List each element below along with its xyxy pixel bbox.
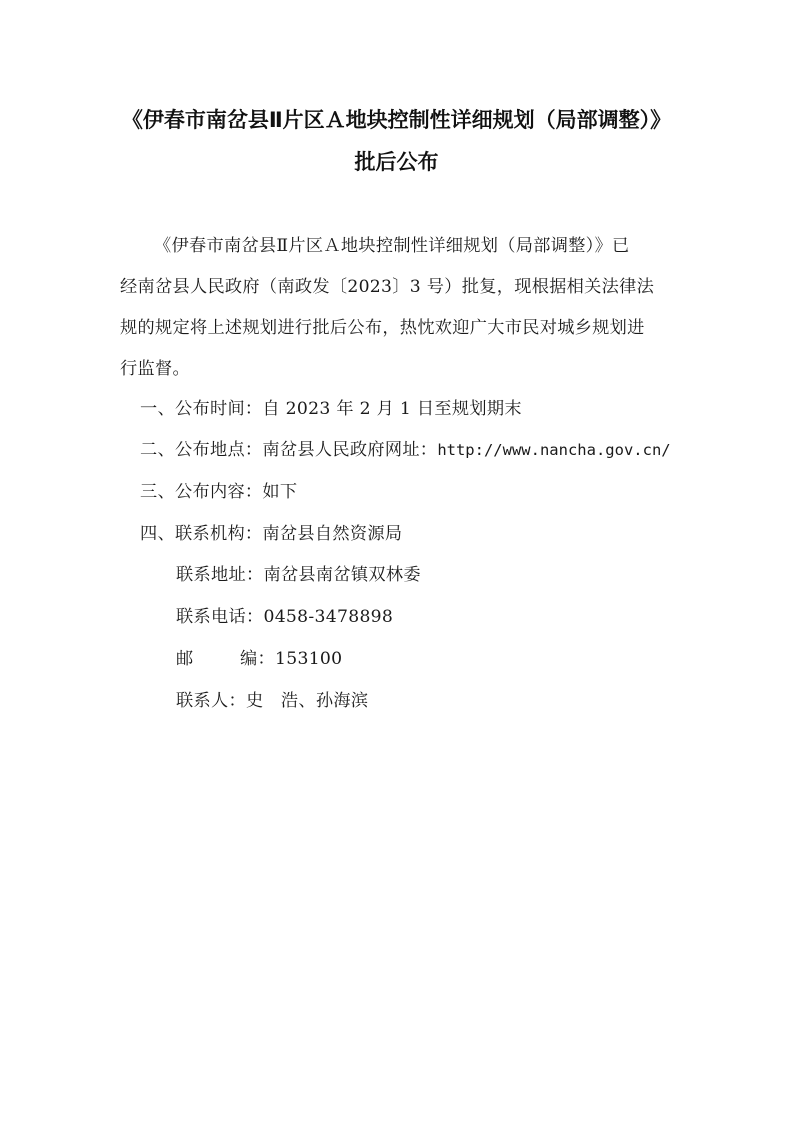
item-label: 二、公布地点：: [140, 440, 262, 460]
contact-phone-value: 0458-3478898: [263, 607, 393, 627]
postcode-label-part2: 编：: [240, 649, 275, 669]
document-page: 《伊春市南岔县Ⅱ片区Ａ地块控制性详细规划（局部调整）》 批后公布 《伊春市南岔县…: [0, 0, 793, 1122]
contact-address: 联系地址：南岔县南岔镇双林委: [176, 563, 421, 587]
item-publish-location: 二、公布地点：南岔县人民政府网址：http://www.nancha.gov.c…: [140, 438, 671, 462]
paragraph-line: 《伊春市南岔县Ⅱ片区Ａ地块控制性详细规划（局部调整）》已: [120, 226, 680, 267]
contact-postcode: 邮编：153100: [176, 647, 342, 671]
paragraph-line: 规的规定将上述规划进行批后公布，热忱欢迎广大市民对城乡规划进: [120, 308, 680, 349]
contact-person-value: 史 浩、孙海滨: [246, 691, 368, 711]
postcode-label-part1: 邮: [176, 647, 240, 671]
item-contact-organization: 四、联系机构：南岔县自然资源局: [140, 522, 402, 546]
document-title: 《伊春市南岔县Ⅱ片区Ａ地块控制性详细规划（局部调整）》: [0, 104, 793, 134]
contact-person-label: 联系人：: [176, 691, 246, 711]
contact-phone: 联系电话：0458-3478898: [176, 605, 393, 629]
paragraph-line: 经南岔县人民政府（南政发〔2023〕3 号）批复，现根据相关法律法: [120, 267, 680, 308]
postcode-value: 153100: [275, 649, 342, 669]
item-label: 一、公布时间：: [140, 399, 262, 419]
item-publish-content: 三、公布内容：如下: [140, 480, 297, 504]
item-label: 四、联系机构：: [140, 524, 262, 544]
document-subtitle: 批后公布: [0, 146, 793, 176]
website-link[interactable]: http://www.nancha.gov.cn/: [437, 441, 670, 459]
item-label: 三、公布内容：: [140, 482, 262, 502]
contact-phone-label: 联系电话：: [176, 607, 263, 627]
contact-address-label: 联系地址：: [176, 565, 263, 585]
item-value: 南岔县人民政府网址：: [262, 440, 437, 460]
item-value: 南岔县自然资源局: [262, 524, 402, 544]
item-publish-time: 一、公布时间：自 2023 年 2 月 1 日至规划期末: [140, 397, 522, 421]
item-value: 自 2023 年 2 月 1 日至规划期末: [262, 399, 521, 419]
item-value: 如下: [262, 482, 297, 502]
contact-address-value: 南岔县南岔镇双林委: [263, 565, 420, 585]
contact-person: 联系人：史 浩、孙海滨: [176, 689, 368, 713]
paragraph-line: 行监督。: [120, 349, 680, 390]
intro-paragraph: 《伊春市南岔县Ⅱ片区Ａ地块控制性详细规划（局部调整）》已 经南岔县人民政府（南政…: [120, 226, 680, 390]
